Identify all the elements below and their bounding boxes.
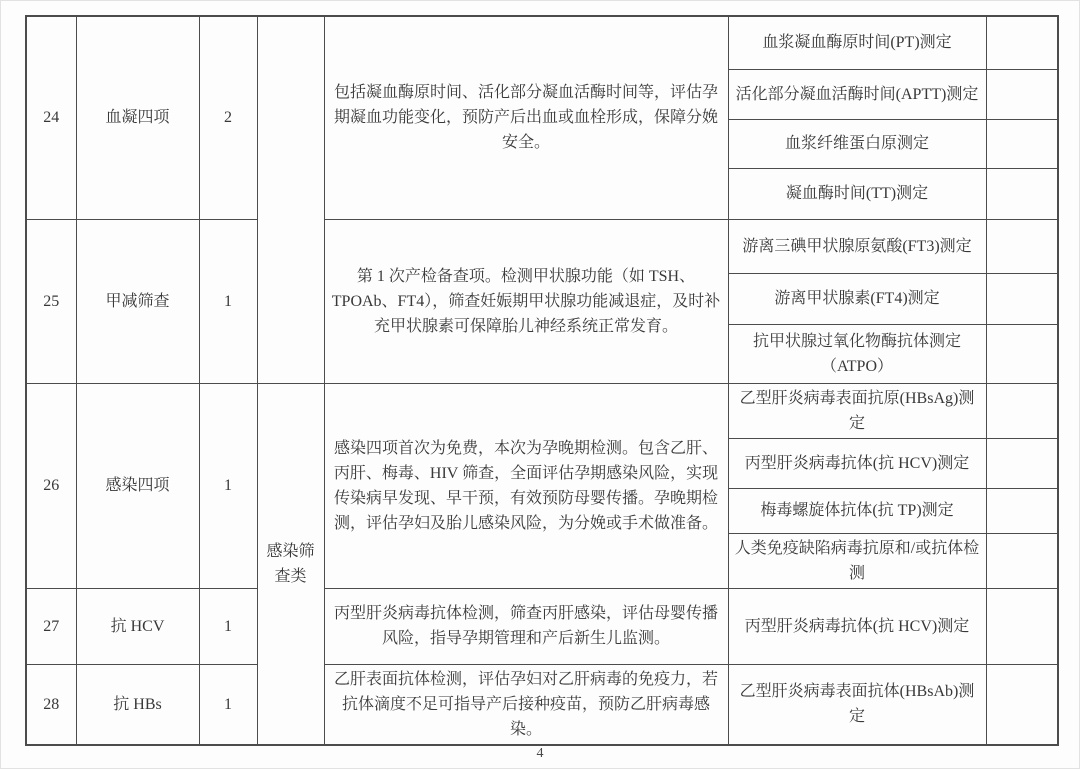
count-cell: 1 [199,383,257,588]
empty-cell [986,119,1058,168]
row-number-cell: 26 [26,383,76,588]
description-cell: 丙型肝炎病毒抗体检测，筛查丙肝感染，评估母婴传播风险，指导孕期管理和产后新生儿监… [324,588,728,664]
empty-cell [986,533,1058,588]
description-cell: 第 1 次产检备查项。检测甲状腺功能（如 TSH、TPOAb、FT4），筛查妊娠… [324,219,728,383]
item-name-cell: 抗 HCV [76,588,199,664]
page-number: 4 [1,746,1079,762]
row-number-cell: 27 [26,588,76,664]
empty-cell [986,664,1058,745]
description-cell: 感染四项首次为免费，本次为孕晚期检测。包含乙肝、丙肝、梅毒、HIV 筛查，全面评… [324,383,728,588]
test-item-cell: 梅毒螺旋体抗体(抗 TP)测定 [728,488,986,533]
category-cell-empty [257,16,324,383]
row-number-cell: 25 [26,219,76,383]
row-number-cell: 24 [26,16,76,219]
category-cell: 感染筛查类 [257,383,324,745]
test-item-cell: 乙型肝炎病毒表面抗原(HBsAg)测定 [728,383,986,438]
test-item-cell: 人类免疫缺陷病毒抗原和/或抗体检测 [728,533,986,588]
empty-cell [986,273,1058,324]
test-item-cell: 活化部分凝血活酶时间(APTT)测定 [728,69,986,119]
description-cell: 乙肝表面抗体检测，评估孕妇对乙肝病毒的免疫力，若抗体滴度不足可指导产后接种疫苗，… [324,664,728,745]
test-item-cell: 游离三碘甲状腺原氨酸(FT3)测定 [728,219,986,273]
empty-cell [986,438,1058,488]
description-cell: 包括凝血酶原时间、活化部分凝血活酶时间等，评估孕期凝血功能变化，预防产后出血或血… [324,16,728,219]
test-item-cell: 乙型肝炎病毒表面抗体(HBsAb)测定 [728,664,986,745]
count-cell: 1 [199,588,257,664]
empty-cell [986,488,1058,533]
empty-cell [986,383,1058,438]
test-item-cell: 抗甲状腺过氧化物酶抗体测定（ATPO） [728,324,986,383]
test-item-cell: 丙型肝炎病毒抗体(抗 HCV)测定 [728,438,986,488]
item-name-cell: 抗 HBs [76,664,199,745]
count-cell: 1 [199,219,257,383]
empty-cell [986,16,1058,69]
row-number-cell: 28 [26,664,76,745]
empty-cell [986,324,1058,383]
document-page: 24 血凝四项 2 包括凝血酶原时间、活化部分凝血活酶时间等，评估孕期凝血功能变… [0,0,1080,769]
item-name-cell: 甲减筛查 [76,219,199,383]
count-cell: 2 [199,16,257,219]
empty-cell [986,168,1058,219]
empty-cell [986,69,1058,119]
test-item-cell: 血浆凝血酶原时间(PT)测定 [728,16,986,69]
test-item-cell: 游离甲状腺素(FT4)测定 [728,273,986,324]
test-item-cell: 丙型肝炎病毒抗体(抗 HCV)测定 [728,588,986,664]
item-name-cell: 感染四项 [76,383,199,588]
empty-cell [986,588,1058,664]
exam-items-table: 24 血凝四项 2 包括凝血酶原时间、活化部分凝血活酶时间等，评估孕期凝血功能变… [25,15,1059,746]
count-cell: 1 [199,664,257,745]
empty-cell [986,219,1058,273]
item-name-cell: 血凝四项 [76,16,199,219]
test-item-cell: 凝血酶时间(TT)测定 [728,168,986,219]
test-item-cell: 血浆纤维蛋白原测定 [728,119,986,168]
